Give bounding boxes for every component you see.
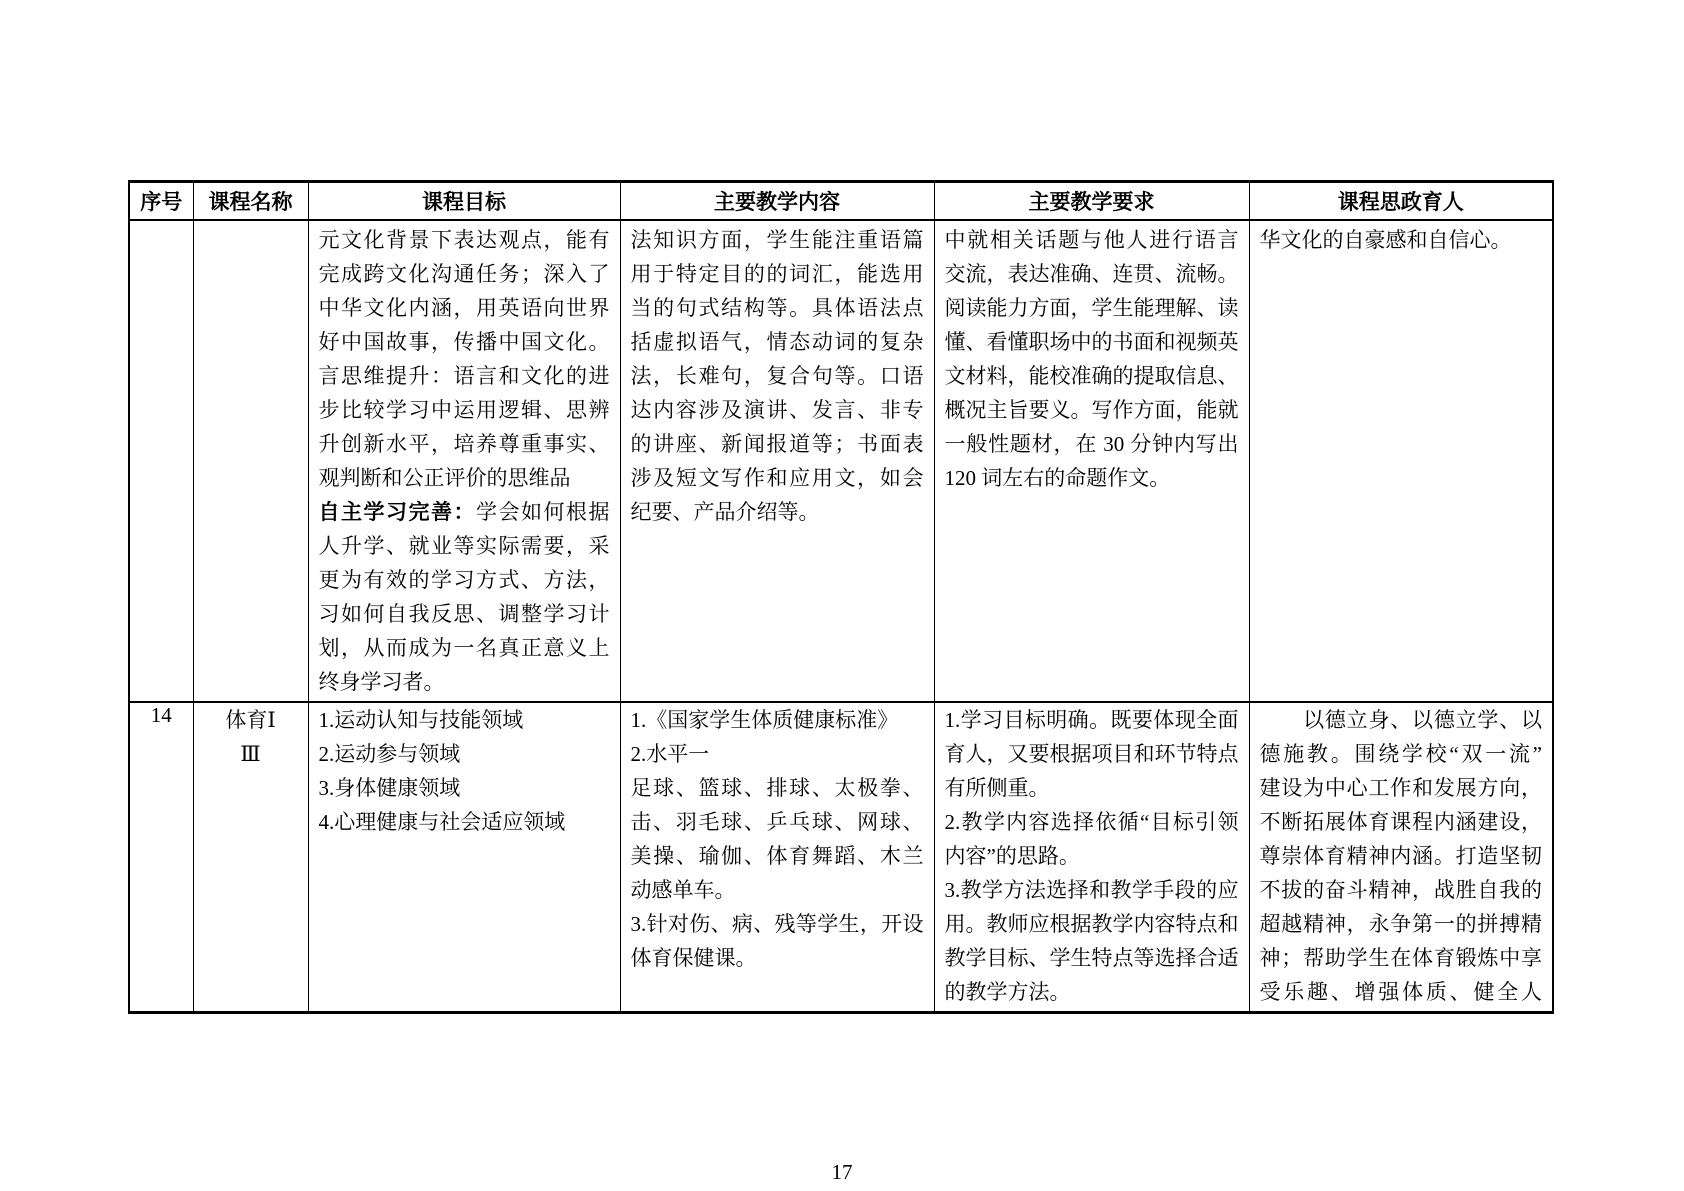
objectives-text-part1: 元文化背景下表达观点，能有效完成跨文化沟通任务；深入了解中华文化内涵，用英语向世… <box>319 223 610 495</box>
cell-course-name-14: 体育ⅠⅢ <box>193 702 308 1013</box>
objectives-text-part2: 人升学、就业等实际需要，采取更为有效的学习方式、方法，学习如何自我反思、调整学习… <box>319 529 610 699</box>
cell-ideology-prev: 华文化的自豪感和自信心。 <box>1249 220 1553 702</box>
cell-objectives-14: 1.运动认知与技能领域2.运动参与领域3.身体健康领域4.心理健康与社会适应领域 <box>308 702 620 1013</box>
cell-objectives-prev: 元文化背景下表达观点，能有效完成跨文化沟通任务；深入了解中华文化内涵，用英语向世… <box>308 220 620 702</box>
table-row-14: 14 体育ⅠⅢ 1.运动认知与技能领域2.运动参与领域3.身体健康领域4.心理健… <box>129 702 1553 1013</box>
objectives-bold-line: 自主学习完善：学会如何根据个 <box>319 495 610 529</box>
col-header-teaching-requirements: 主要教学要求 <box>934 182 1249 221</box>
page-number: 17 <box>0 1160 1684 1185</box>
cell-teaching-content-14: 1.《国家学生体质健康标准》2.水平一足球、篮球、排球、太极拳、拳击、羽毛球、乒… <box>620 702 934 1013</box>
teaching-requirements-list: 1.学习目标明确。既要体现全面育人，又要根据项目和环节特点有所侧重。2.教学内容… <box>945 703 1239 1009</box>
teaching-content-list: 1.《国家学生体质健康标准》2.水平一足球、篮球、排球、太极拳、拳击、羽毛球、乒… <box>631 703 924 975</box>
col-header-seq: 序号 <box>129 182 193 221</box>
cell-teaching-requirements-prev: 中就相关话题与他人进行语言交流，表达准确、连贯、流畅。阅读能力方面，学生能理解、… <box>934 220 1249 702</box>
table-row-continued: 元文化背景下表达观点，能有效完成跨文化沟通任务；深入了解中华文化内涵，用英语向世… <box>129 220 1553 702</box>
ideology-text: 华文化的自豪感和自信心。 <box>1260 223 1543 257</box>
col-header-course-name: 课程名称 <box>193 182 308 221</box>
objectives-list: 1.运动认知与技能领域2.运动参与领域3.身体健康领域4.心理健康与社会适应领域 <box>319 703 610 839</box>
teaching-requirements-text: 中就相关话题与他人进行语言交流，表达准确、连贯、流畅。阅读能力方面，学生能理解、… <box>945 223 1239 495</box>
col-header-ideology: 课程思政育人 <box>1249 182 1553 221</box>
cell-seq-14: 14 <box>129 702 193 1013</box>
cell-course-name-prev <box>193 220 308 702</box>
course-table: 序号 课程名称 课程目标 主要教学内容 主要教学要求 课程思政育人 元文化背景下… <box>128 180 1554 1014</box>
col-header-objectives: 课程目标 <box>308 182 620 221</box>
ideology-paragraph: 以德立身、以德立学、以德施教。围绕学校“双一流”建设为中心工作和发展方向，不断拓… <box>1260 703 1543 1009</box>
course-name-text: 体育ⅠⅢ <box>204 703 298 771</box>
cell-teaching-requirements-14: 1.学习目标明确。既要体现全面育人，又要根据项目和环节特点有所侧重。2.教学内容… <box>934 702 1249 1013</box>
cell-teaching-content-prev: 法知识方面，学生能注重语篇中用于特定目的的词汇，能选用恰当的句式结构等。具体语法… <box>620 220 934 702</box>
cell-seq-prev <box>129 220 193 702</box>
bold-label: 自主学习完善： <box>319 501 477 524</box>
col-header-teaching-content: 主要教学内容 <box>620 182 934 221</box>
teaching-content-text: 法知识方面，学生能注重语篇中用于特定目的的词汇，能选用恰当的句式结构等。具体语法… <box>631 223 924 529</box>
document-page: 序号 课程名称 课程目标 主要教学内容 主要教学要求 课程思政育人 元文化背景下… <box>0 0 1684 1191</box>
header-row: 序号 课程名称 课程目标 主要教学内容 主要教学要求 课程思政育人 <box>129 182 1553 221</box>
cell-ideology-14: 以德立身、以德立学、以德施教。围绕学校“双一流”建设为中心工作和发展方向，不断拓… <box>1249 702 1553 1013</box>
